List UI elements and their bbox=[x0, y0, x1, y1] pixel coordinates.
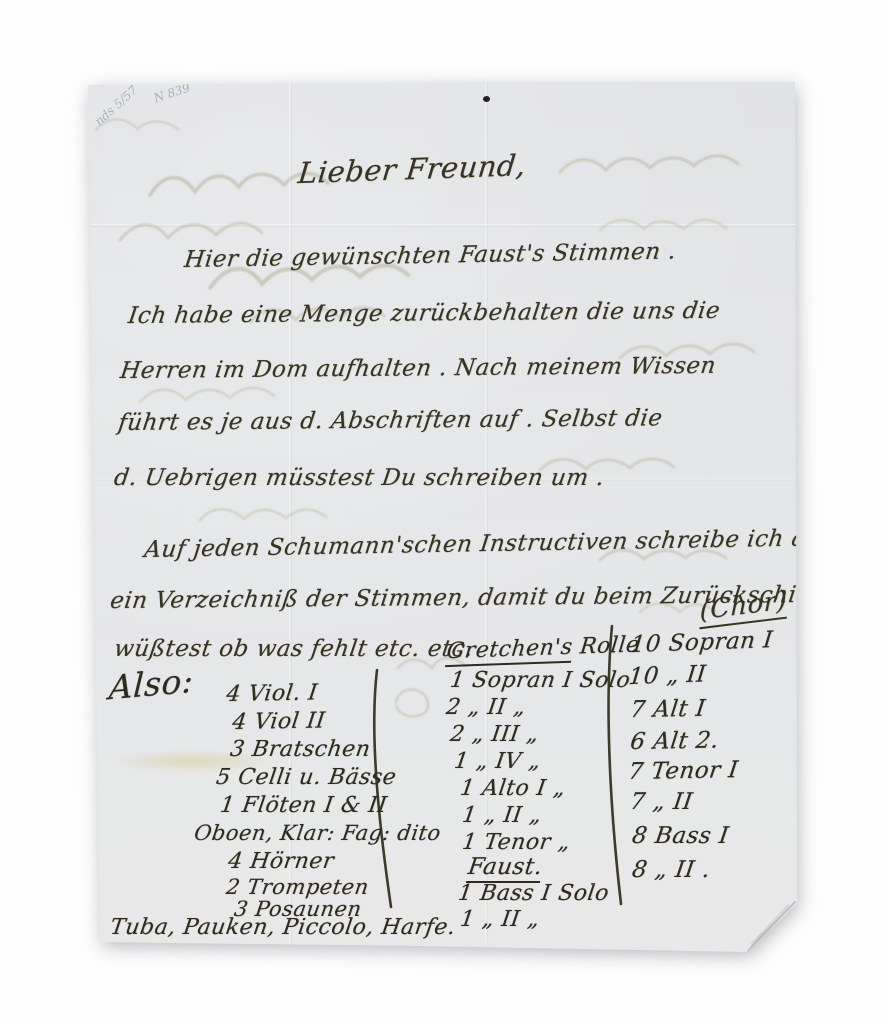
chor-row: 8 „ II . bbox=[630, 857, 712, 883]
gretchen-heading-underlined: Gretchen's bbox=[445, 635, 574, 668]
gretchen-row: 2 „ II „ bbox=[444, 695, 527, 720]
faust-row: 1 Bass I Solo bbox=[456, 881, 610, 906]
body-line: Hier die gewünschten Faust's Stimmen . bbox=[183, 238, 678, 273]
chor-row: 10 Sopran I bbox=[629, 627, 774, 658]
orchestra-item: 3 Bratschen bbox=[228, 737, 372, 762]
orchestra-item: 1 Flöten I & II bbox=[218, 793, 388, 818]
gretchen-row: 2 „ III „ bbox=[448, 722, 540, 747]
body-line: Ich habe eine Menge zurückbehalten die u… bbox=[127, 298, 722, 329]
chor-row: 8 Bass I bbox=[630, 823, 730, 849]
faust-heading: Faust. bbox=[466, 854, 544, 883]
gretchen-row: 1 Alto I „ bbox=[458, 776, 567, 801]
orchestra-item: 5 Celli u. Bässe bbox=[214, 765, 397, 790]
photo-of-letter: nds 5/57 N 839 Lieber Freund, Hier die g… bbox=[0, 0, 885, 1024]
letter-page: nds 5/57 N 839 Lieber Freund, Hier die g… bbox=[0, 0, 885, 1024]
gretchen-row: 1 Sopran I Solo bbox=[448, 668, 631, 693]
chor-row: 7 Alt I bbox=[629, 696, 707, 723]
orchestra-item: Oboen, Klar: Fag: dito bbox=[193, 821, 443, 845]
faust-row: 1 „ II „ bbox=[458, 907, 541, 932]
body-line: d. Uebrigen müsstest Du schreiben um . bbox=[112, 465, 606, 491]
salutation: Lieber Freund, bbox=[296, 148, 527, 190]
body-line: Auf jeden Schumann'schen Instructiven sc… bbox=[143, 525, 852, 563]
paper-shadow: nds 5/57 N 839 Lieber Freund, Hier die g… bbox=[0, 0, 885, 1024]
horizontal-fold-crease bbox=[88, 224, 797, 227]
chor-row: 6 Alt 2. bbox=[629, 727, 721, 755]
orchestra-item: 4 Viol II bbox=[231, 708, 327, 735]
orchestra-item: 2 Trompeten bbox=[225, 875, 371, 899]
chor-row: 7 „ II bbox=[628, 789, 694, 815]
body-line: führt es je aus d. Abschriften auf . Sel… bbox=[117, 405, 665, 436]
orchestra-footer: Tuba, Pauken, Piccolo, Harfe. bbox=[108, 915, 457, 940]
gretchen-row: 1 „ IV „ bbox=[452, 749, 542, 774]
ink-dot bbox=[483, 96, 490, 102]
pencil-annotation: nds 5/57 bbox=[92, 83, 140, 128]
gretchen-row: 1 Tenor „ bbox=[460, 830, 571, 855]
body-line: Herren im Dom aufhalten . Nach meinem Wi… bbox=[119, 353, 718, 384]
body-line: wüßtest ob was fehlt etc. etc. bbox=[112, 636, 474, 662]
orchestra-item: 4 Viol. I bbox=[225, 680, 319, 707]
pencil-annotation: N 839 bbox=[152, 80, 192, 105]
gretchen-row: 1 „ II „ bbox=[460, 803, 543, 828]
chor-row: 10 „ II bbox=[627, 661, 707, 690]
orchestra-item: 4 Hörner bbox=[226, 849, 335, 874]
also-label: Also: bbox=[108, 661, 195, 708]
chor-row: 7 Tenor I bbox=[627, 757, 740, 785]
